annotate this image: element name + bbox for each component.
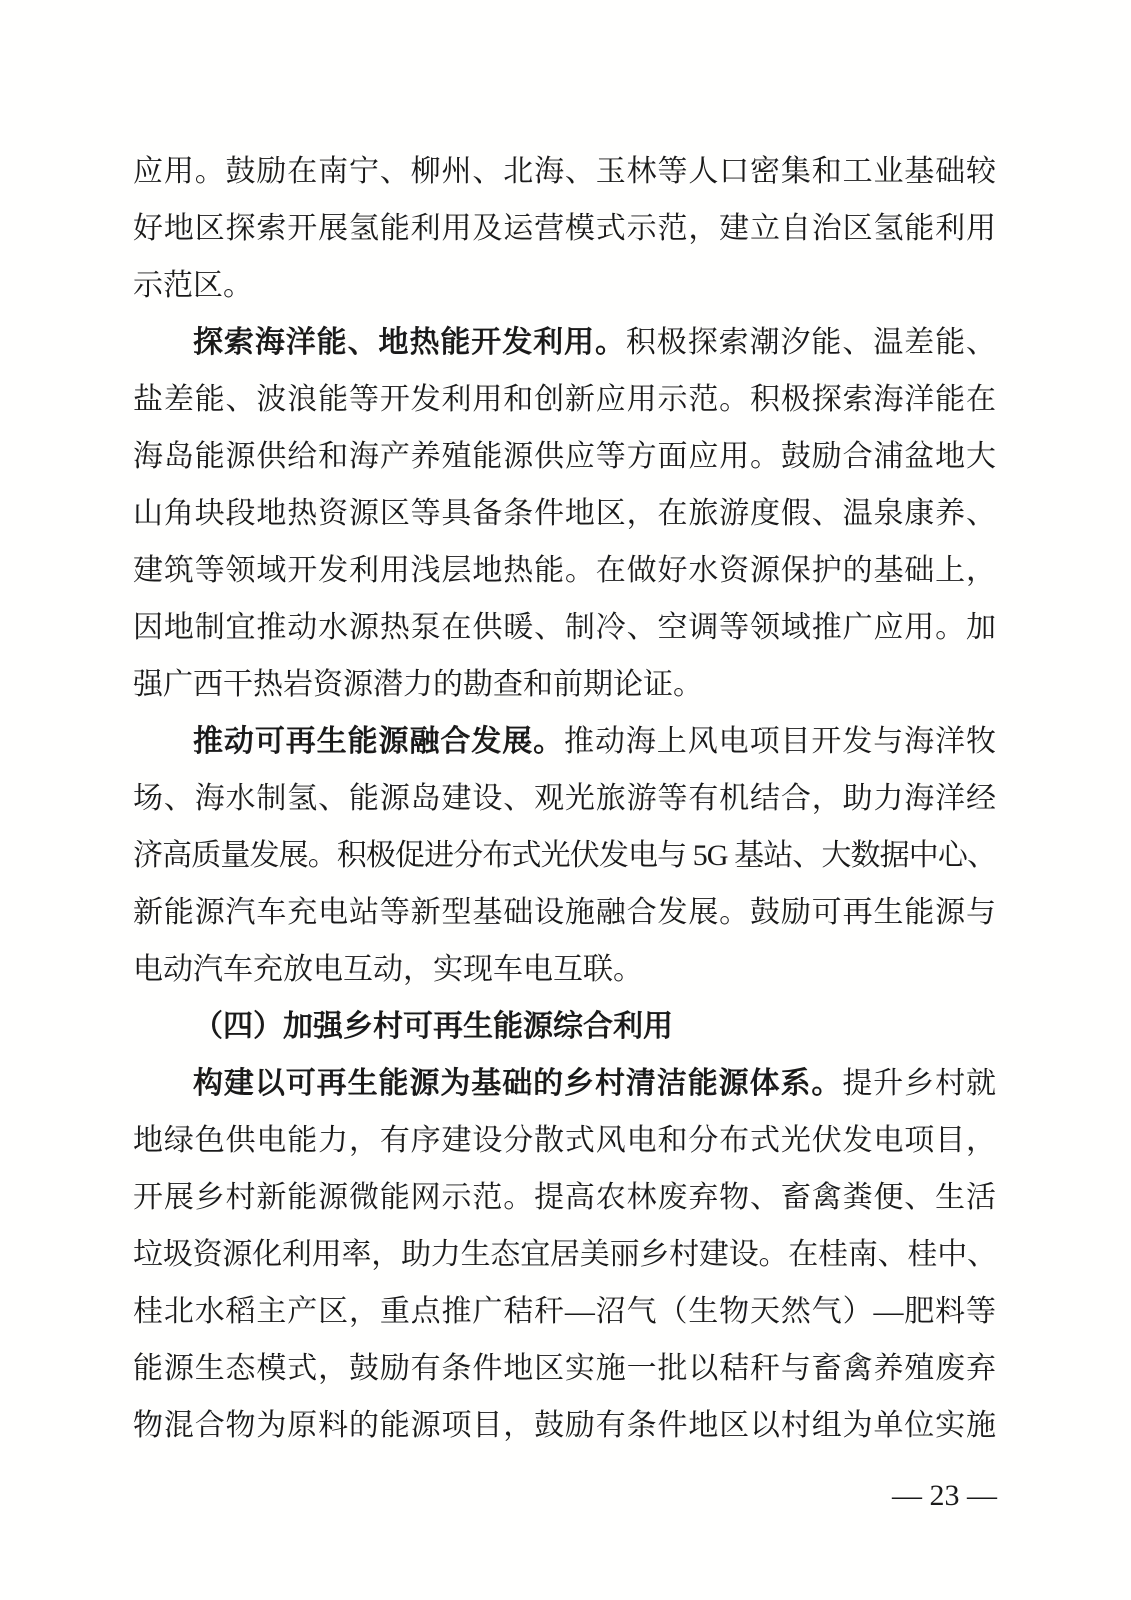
- text-line: 物混合物为原料的能源项目，鼓励有条件地区以村组为单位实施: [133, 1397, 996, 1454]
- text-line: 建筑等领域开发利用浅层地热能。在做好水资源保护的基础上，: [133, 542, 996, 599]
- text-line: 好地区探索开展氢能利用及运营模式示范，建立自治区氢能利用: [133, 200, 996, 257]
- text-line: 电动汽车充放电互动，实现车电互联。: [133, 941, 996, 998]
- text-line: 海岛能源供给和海产养殖能源供应等方面应用。鼓励合浦盆地大: [133, 428, 996, 485]
- body-text-run: 应用。鼓励在南宁、柳州、北海、玉林等人口密集和工业基础较: [133, 155, 996, 188]
- page-number: — 23 —: [892, 1478, 997, 1514]
- body-text-run: 强广西干热岩资源潜力的勘查和前期论证。: [133, 668, 703, 701]
- body-text-run: 地绿色供电能力，有序建设分散式风电和分布式光伏发电项目，: [133, 1124, 996, 1157]
- text-line: 推动可再生能源融合发展。推动海上风电项目开发与海洋牧: [133, 713, 996, 770]
- text-line: 强广西干热岩资源潜力的勘查和前期论证。: [133, 656, 996, 713]
- body-text-run: 能源生态模式，鼓励有条件地区实施一批以秸秆与畜禽养殖废弃: [133, 1352, 996, 1385]
- body-text-run: 积极探索潮汐能、温差能、: [626, 326, 996, 359]
- text-line: 垃圾资源化利用率，助力生态宜居美丽乡村建设。在桂南、桂中、: [133, 1226, 996, 1283]
- body-text-run: 推动海上风电项目开发与海洋牧: [564, 725, 996, 758]
- text-line: 应用。鼓励在南宁、柳州、北海、玉林等人口密集和工业基础较: [133, 143, 996, 200]
- body-text-run: 盐差能、波浪能等开发利用和创新应用示范。积极探索海洋能在: [133, 383, 996, 416]
- body-text-run: 示范区。: [133, 269, 253, 302]
- body-text-run: 济高质量发展。积极促进分布式光伏发电与 5G 基站、大数据中心、: [133, 839, 996, 872]
- bold-heading-run: 推动可再生能源融合发展。: [193, 725, 564, 758]
- text-line: 示范区。: [133, 257, 996, 314]
- body-text-run: 建筑等领域开发利用浅层地热能。在做好水资源保护的基础上，: [133, 554, 996, 587]
- body-text-run: 海岛能源供给和海产养殖能源供应等方面应用。鼓励合浦盆地大: [133, 440, 996, 473]
- text-line: 场、海水制氢、能源岛建设、观光旅游等有机结合，助力海洋经: [133, 770, 996, 827]
- text-line: 桂北水稻主产区，重点推广秸秆—沼气（生物天然气）—肥料等: [133, 1283, 996, 1340]
- text-line: 开展乡村新能源微能网示范。提高农林废弃物、畜禽粪便、生活: [133, 1169, 996, 1226]
- bold-heading-run: 构建以可再生能源为基础的乡村清洁能源体系。: [193, 1067, 842, 1100]
- text-line: 因地制宜推动水源热泵在供暖、制冷、空调等领域推广应用。加: [133, 599, 996, 656]
- body-text-run: 开展乡村新能源微能网示范。提高农林废弃物、畜禽粪便、生活: [133, 1181, 996, 1214]
- text-line: 济高质量发展。积极促进分布式光伏发电与 5G 基站、大数据中心、: [133, 827, 996, 884]
- body-text-run: 物混合物为原料的能源项目，鼓励有条件地区以村组为单位实施: [133, 1409, 996, 1442]
- body-text-run: 桂北水稻主产区，重点推广秸秆—沼气（生物天然气）—肥料等: [133, 1295, 996, 1328]
- body-text-run: 山角块段地热资源区等具备条件地区，在旅游度假、温泉康养、: [133, 497, 996, 530]
- text-line: 地绿色供电能力，有序建设分散式风电和分布式光伏发电项目，: [133, 1112, 996, 1169]
- body-text-run: 因地制宜推动水源热泵在供暖、制冷、空调等领域推广应用。加: [133, 611, 996, 644]
- text-line: 能源生态模式，鼓励有条件地区实施一批以秸秆与畜禽养殖废弃: [133, 1340, 996, 1397]
- body-text-run: 场、海水制氢、能源岛建设、观光旅游等有机结合，助力海洋经: [133, 782, 996, 815]
- text-line: 新能源汽车充电站等新型基础设施融合发展。鼓励可再生能源与: [133, 884, 996, 941]
- body-text-run: 新能源汽车充电站等新型基础设施融合发展。鼓励可再生能源与: [133, 896, 996, 929]
- document-body: 应用。鼓励在南宁、柳州、北海、玉林等人口密集和工业基础较好地区探索开展氢能利用及…: [133, 143, 996, 1454]
- body-text-run: 提升乡村就: [842, 1067, 996, 1100]
- text-line: 山角块段地热资源区等具备条件地区，在旅游度假、温泉康养、: [133, 485, 996, 542]
- text-line: （四）加强乡村可再生能源综合利用: [133, 998, 996, 1055]
- body-text-run: 垃圾资源化利用率，助力生态宜居美丽乡村建设。在桂南、桂中、: [133, 1238, 996, 1271]
- document-page: 应用。鼓励在南宁、柳州、北海、玉林等人口密集和工业基础较好地区探索开展氢能利用及…: [0, 0, 1131, 1600]
- text-line: 构建以可再生能源为基础的乡村清洁能源体系。提升乡村就: [133, 1055, 996, 1112]
- body-text-run: 电动汽车充放电互动，实现车电互联。: [133, 953, 643, 986]
- body-text-run: 好地区探索开展氢能利用及运营模式示范，建立自治区氢能利用: [133, 212, 996, 245]
- bold-heading-run: （四）加强乡村可再生能源综合利用: [193, 1010, 673, 1043]
- text-line: 盐差能、波浪能等开发利用和创新应用示范。积极探索海洋能在: [133, 371, 996, 428]
- bold-heading-run: 探索海洋能、地热能开发利用。: [193, 326, 626, 359]
- text-line: 探索海洋能、地热能开发利用。积极探索潮汐能、温差能、: [133, 314, 996, 371]
